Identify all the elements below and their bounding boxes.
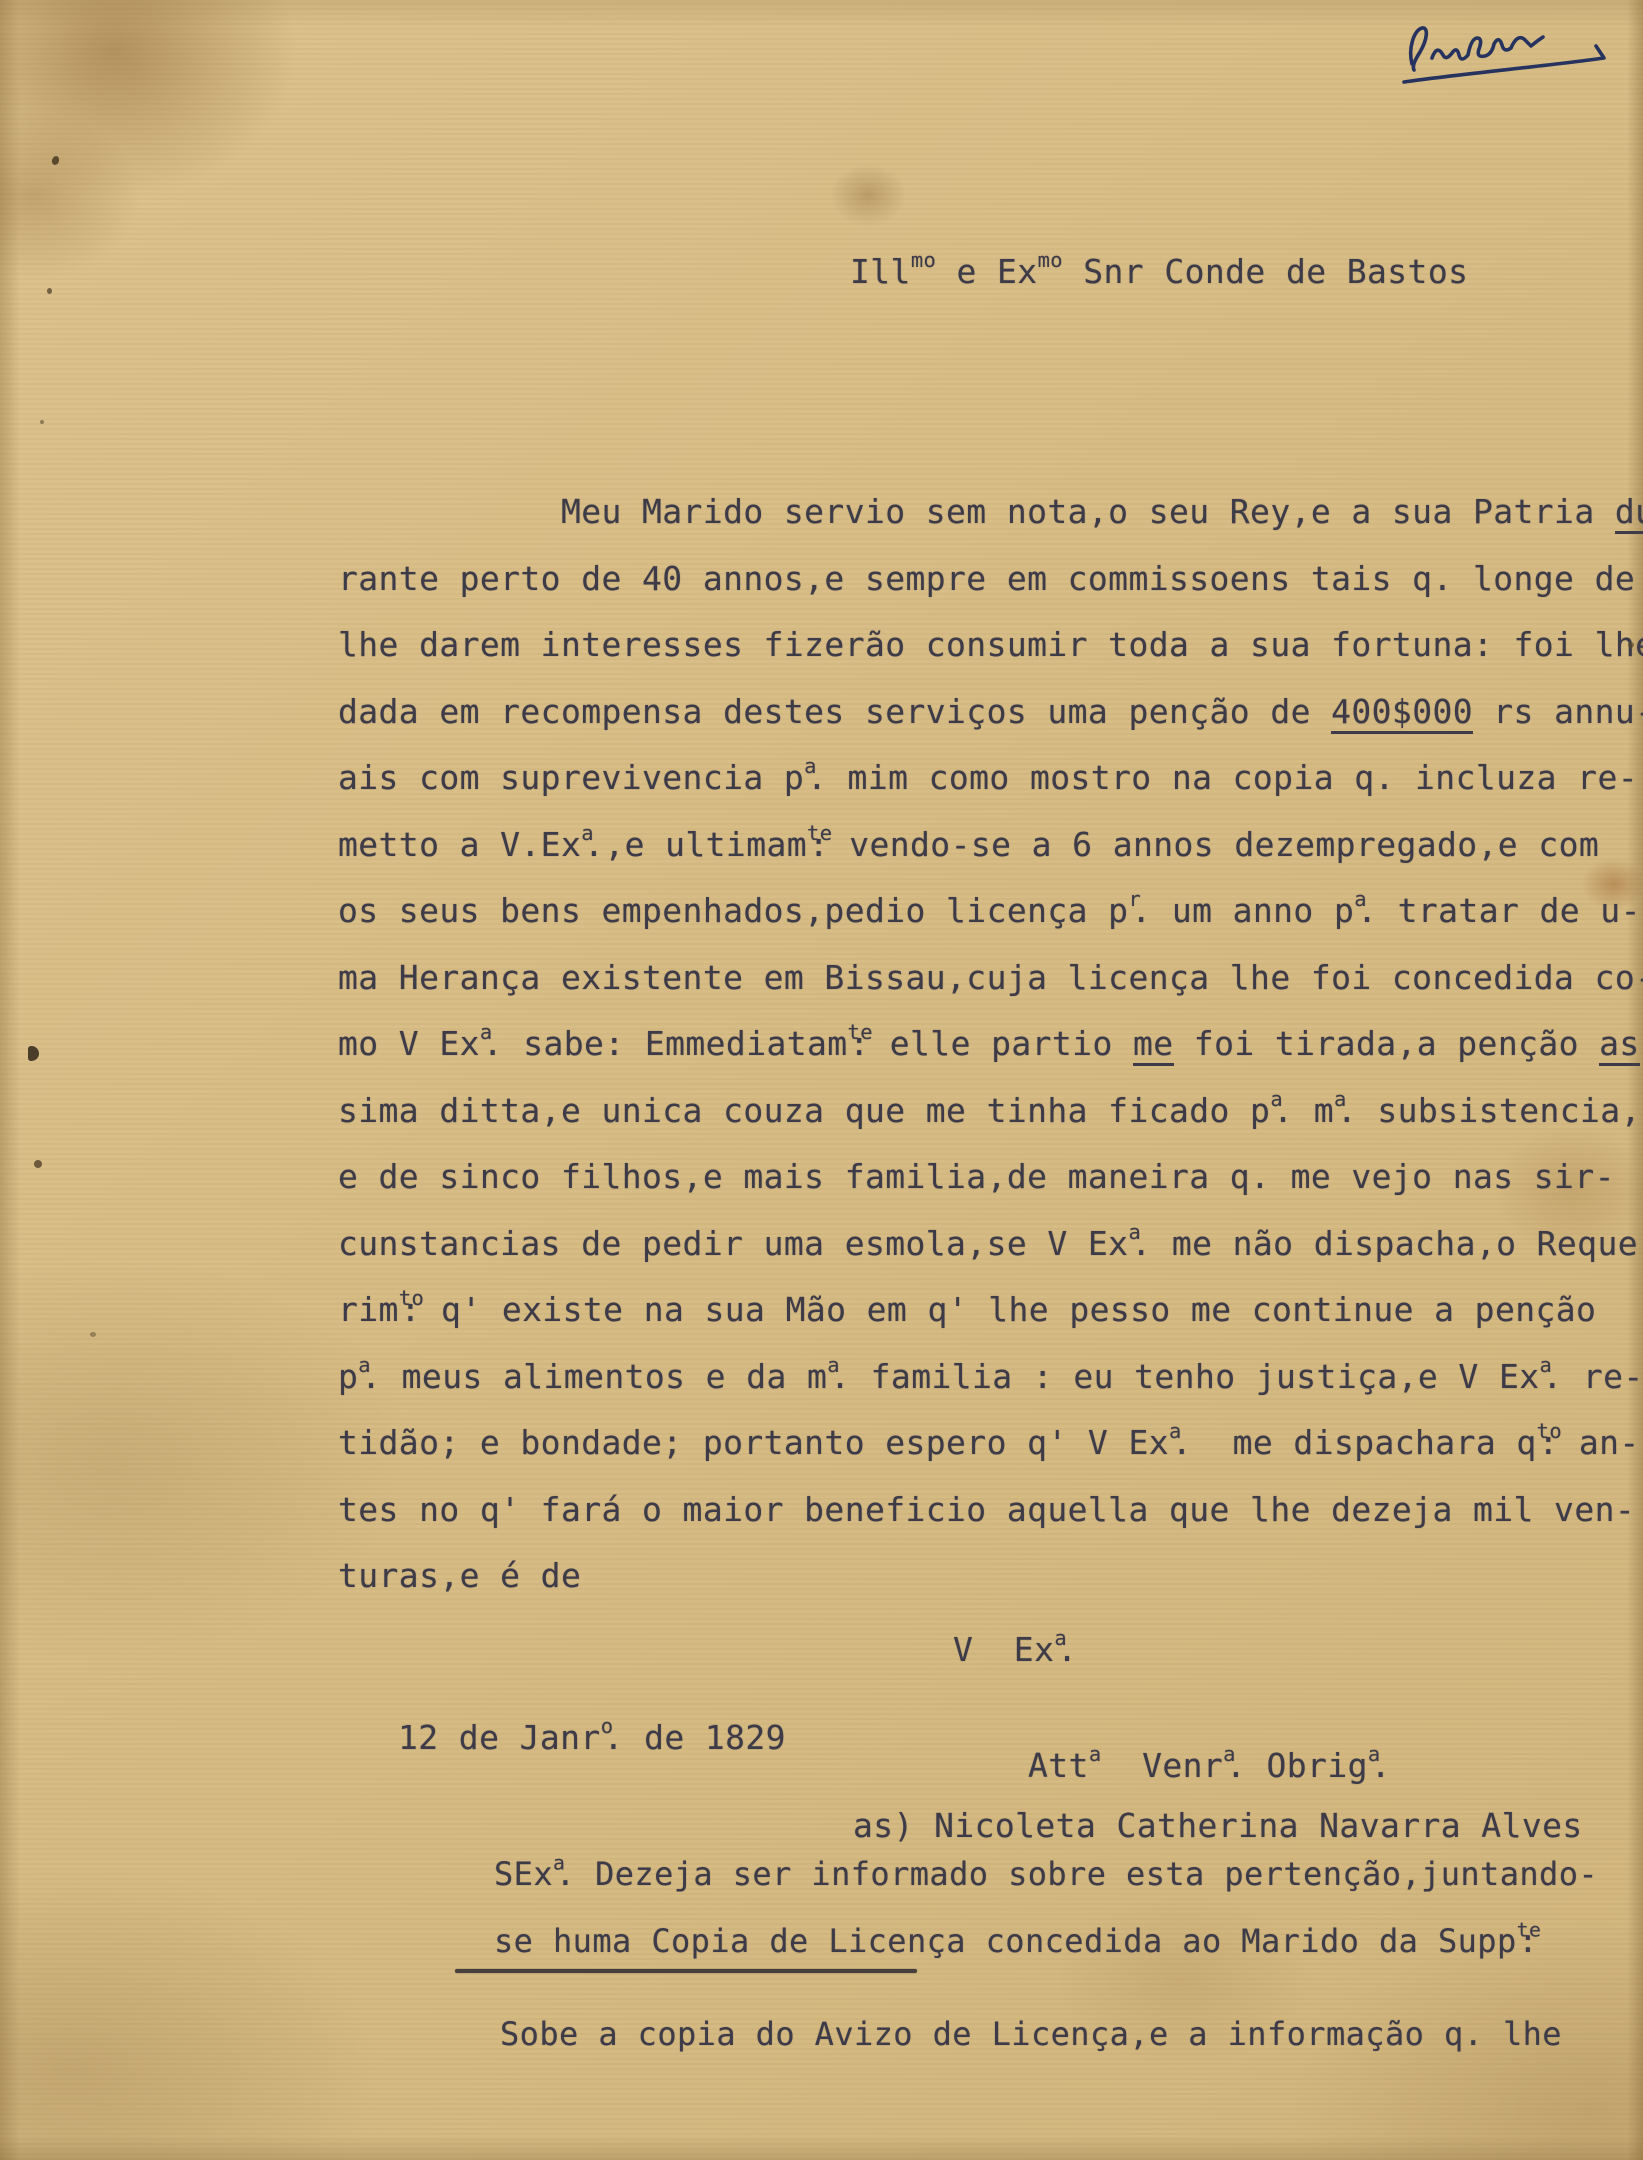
letter-line: Meu Marido servio sem nota,o seu Rey,e a… [338,492,1643,559]
letter-signature: as) Nicoleta Catherina Navarra Alves [853,1806,1583,1845]
letter-postscript: Sobe a copia do Avizo de Licença,e a inf… [500,2016,1562,2053]
paper-speck [1628,642,1634,648]
letter-closing: V Exa. [953,1630,1077,1669]
letter-line: sima ditta,e unica couza que me tinha fi… [338,1091,1643,1158]
letter-body: Meu Marido servio sem nota,o seu Rey,e a… [338,492,1643,1623]
paper-speck [47,288,52,294]
paper-speck [40,420,44,424]
letter-line: lhe darem interesses fizerão consumir to… [338,625,1643,692]
letter-line: tidão; e bondade; portanto espero q' V E… [338,1423,1643,1490]
letter-line: os seus bens empenhados,pedio licença pr… [338,891,1643,958]
letter-line: pa. meus alimentos e da ma. familia : eu… [338,1357,1643,1424]
letter-line: rante perto de 40 annos,e sempre em comm… [338,559,1643,626]
letter-line: cunstancias de pedir uma esmola,se V Exa… [338,1224,1643,1291]
handwritten-signature [1398,18,1628,100]
letter-line: SExa. Dezeja ser informado sobre esta pe… [494,1856,1598,1923]
paper-speck [51,155,61,166]
letter-line: tes no q' fará o maior beneficio aquella… [338,1490,1643,1557]
paper-speck [90,1332,96,1337]
letter-line: metto a V.Exa.,e ultimamte: vendo-se a 6… [338,825,1643,892]
letter-date: 12 de Janro. de 1829 [398,1718,786,1757]
paper-speck [34,1160,42,1168]
letter-line: ais com suprevivencia pa. mim como mostr… [338,758,1643,825]
letter-page: Illmo e Exmo Snr Conde de Bastos Meu Mar… [0,0,1643,2160]
letter-line: se huma Copia de Licença concedida ao Ma… [494,1923,1598,1990]
letter-line: turas,e é de [338,1556,1643,1623]
letter-valediction: Atta Venra. Obriga. [1028,1746,1391,1785]
letter-line: rimto: q' existe na sua Mão em q' lhe pe… [338,1290,1643,1357]
letter-line: dada em recompensa destes serviços uma p… [338,692,1643,759]
letter-line: mo V Exa. sabe: Emmediatamte: elle parti… [338,1024,1643,1091]
letter-line: ma Herança existente em Bissau,cuja lice… [338,958,1643,1025]
letter-line: e de sinco filhos,e mais familia,de mane… [338,1157,1643,1224]
letter-heading: Illmo e Exmo Snr Conde de Bastos [850,252,1468,291]
divider-line [455,1969,917,1973]
paper-mark [28,1046,39,1061]
